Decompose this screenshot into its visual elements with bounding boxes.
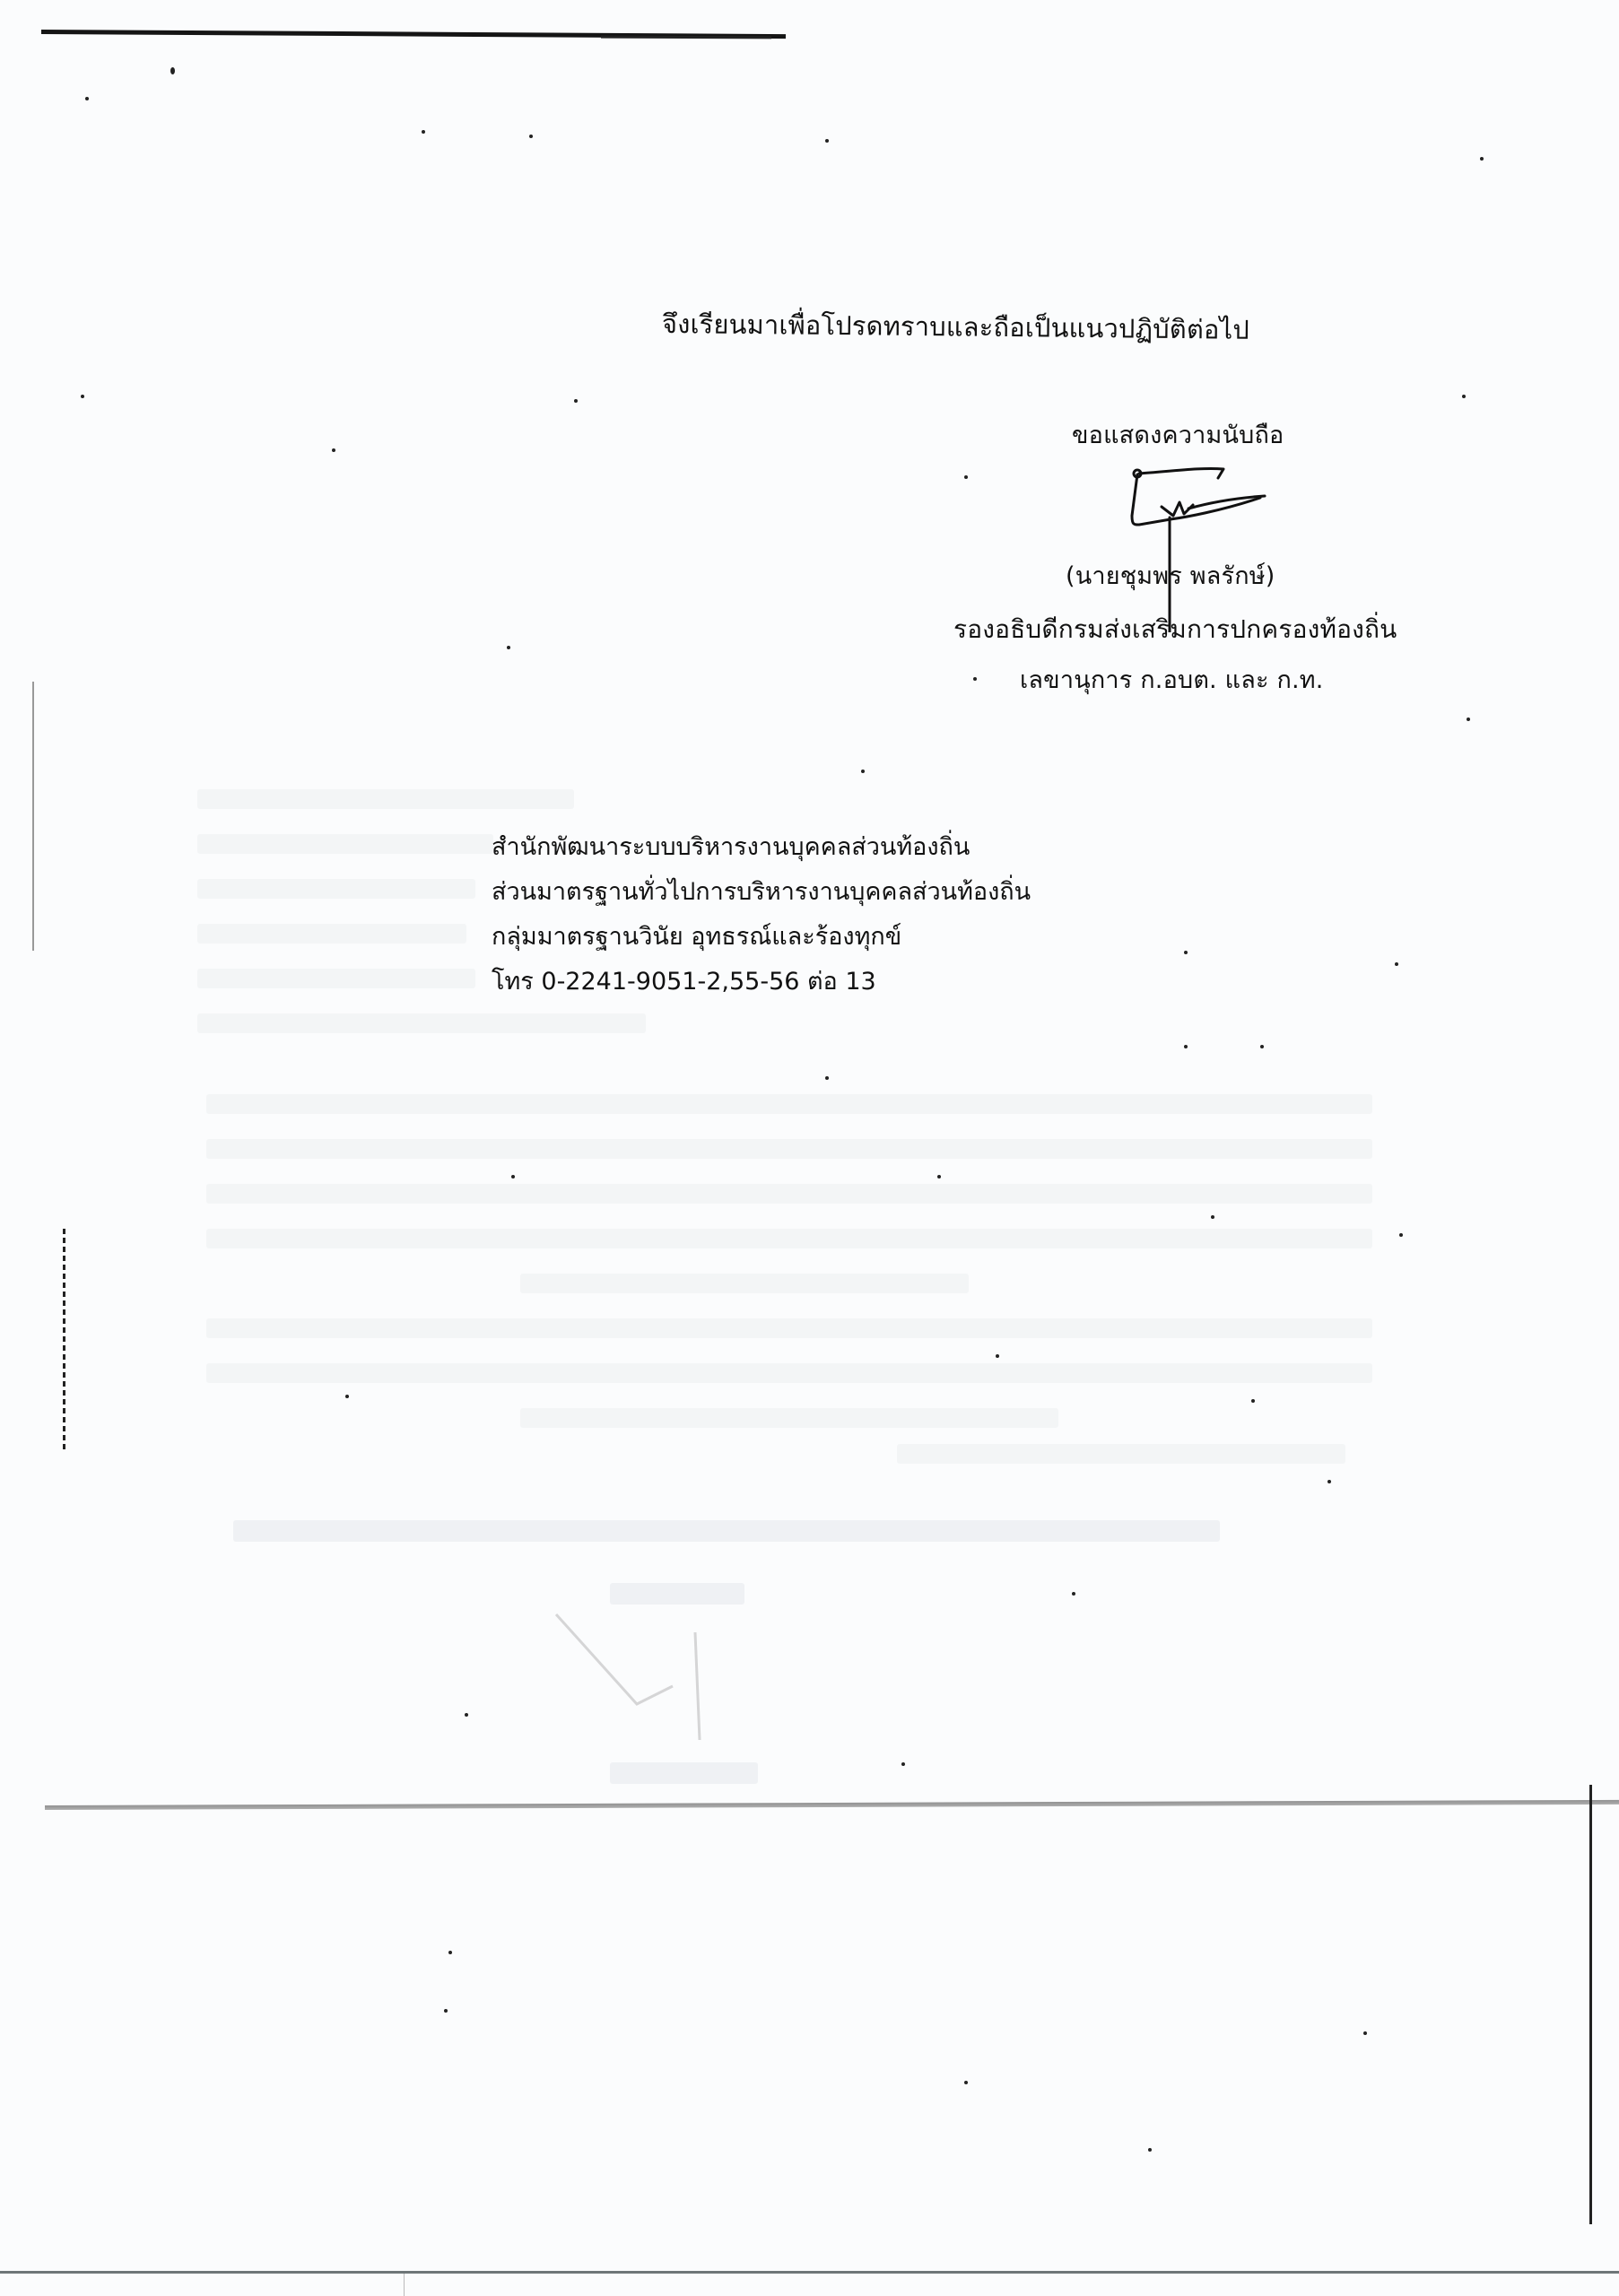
scan-top-border-segment — [601, 36, 771, 39]
signer-secretary-title: เลขานุการ ก.อบต. และ ก.ท. — [1020, 660, 1324, 699]
bleed-through-signature-icon — [538, 1605, 771, 1749]
signer-name: (นายชุมพร พลรักษ์) — [1066, 556, 1275, 595]
division-name: ส่วนมาตรฐานทั่วไปการบริหารงานบุคคลส่วนท้… — [492, 870, 1031, 915]
office-name: สำนักพัฒนาระบบบริหารงานบุคคลส่วนท้องถิ่น — [492, 825, 1031, 870]
scanned-document-page: จึงเรียนมาเพื่อโปรดทราบและถือเป็นแนวปฏิบ… — [0, 0, 1619, 2296]
scan-bottom-border — [0, 2271, 1619, 2274]
group-name: กลุ่มมาตรฐานวินัย อุทธรณ์และร้องทุกข์ — [492, 915, 1031, 960]
scan-left-edge-line — [32, 682, 34, 951]
handwritten-signature-icon — [1112, 462, 1274, 632]
scan-right-edge — [1589, 1785, 1592, 2224]
scan-left-edge-marks — [63, 1229, 65, 1453]
complimentary-close: ขอแสดงความนับถือ — [1072, 415, 1284, 454]
phone-number: โทร 0-2241-9051-2,55-56 ต่อ 13 — [492, 960, 1031, 1004]
scan-fold-line — [45, 1800, 1619, 1810]
scan-bottom-tick — [404, 2274, 405, 2296]
closing-sentence: จึงเรียนมาเพื่อโปรดทราบและถือเป็นแนวปฏิบ… — [662, 303, 1249, 351]
signer-title: รองอธิบดีกรมส่งเสริมการปกครองท้องถิ่น — [953, 610, 1397, 649]
contact-block: สำนักพัฒนาระบบบริหารงานบุคคลส่วนท้องถิ่น… — [492, 825, 1031, 1004]
